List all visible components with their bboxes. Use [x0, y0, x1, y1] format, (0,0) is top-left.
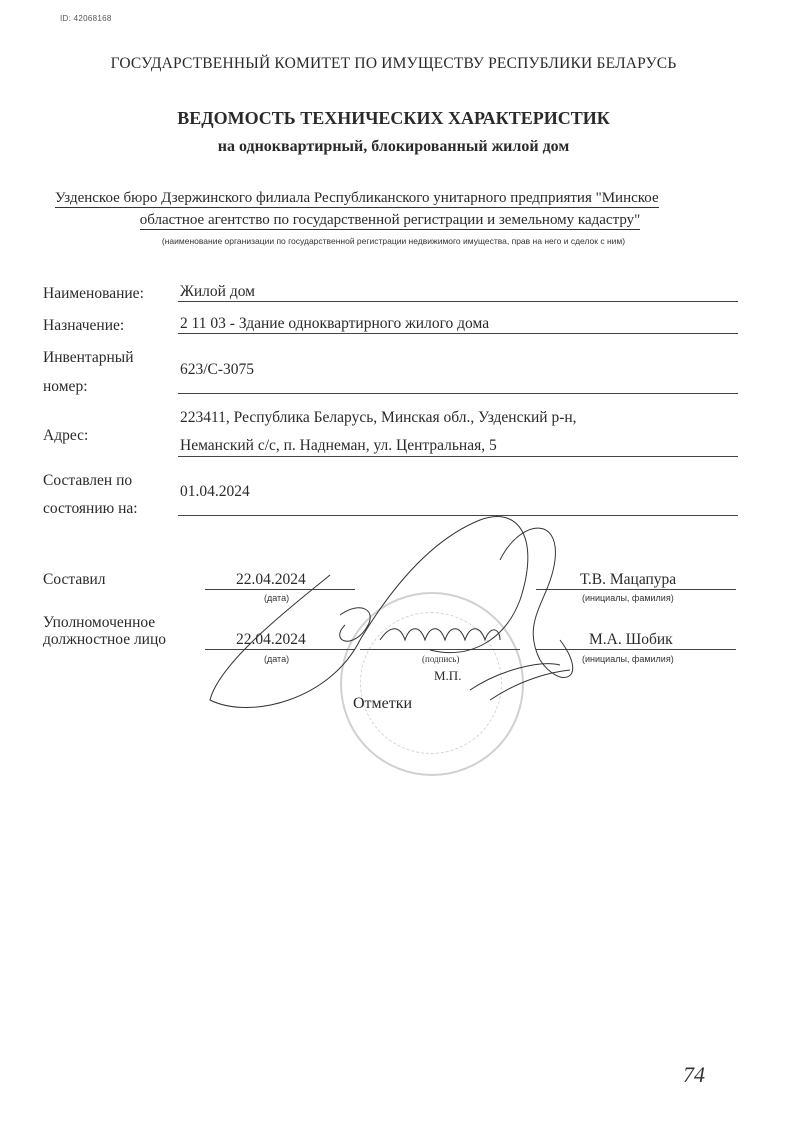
official-label-1: Уполномоченное	[43, 614, 155, 632]
page-number: 74	[683, 1062, 705, 1088]
organization-caption: (наименование организации по государстве…	[0, 236, 787, 246]
official-signature-line	[360, 649, 520, 650]
official-date-line	[205, 649, 355, 650]
official-date-caption: (дата)	[264, 654, 289, 664]
inventory-value: 623/С-3075	[180, 361, 254, 379]
organization-text-1: Узденское бюро Дзержинского филиала Респ…	[55, 190, 659, 208]
address-value-2: Неманский с/с, п. Наднеман, ул. Централь…	[180, 437, 497, 455]
official-label-2: должностное лицо	[43, 631, 166, 649]
official-name: М.А. Шобик	[589, 631, 673, 649]
compiled-name-line	[536, 589, 736, 590]
official-name-caption: (инициалы, фамилия)	[582, 654, 674, 664]
seal-label: М.П.	[434, 668, 461, 684]
purpose-value: 2 11 03 - Здание одноквартирного жилого …	[180, 315, 489, 333]
document-title: ВЕДОМОСТЬ ТЕХНИЧЕСКИХ ХАРАКТЕРИСТИК	[0, 108, 787, 129]
document-subtitle: на одноквартирный, блокированный жилой д…	[0, 138, 787, 156]
compiled-label: Составил	[43, 571, 106, 589]
committee-heading: ГОСУДАРСТВЕННЫЙ КОМИТЕТ ПО ИМУЩЕСТВУ РЕС…	[0, 55, 787, 73]
as-of-value: 01.04.2024	[180, 483, 250, 501]
compiled-date-line	[205, 589, 355, 590]
as-of-label-2: состоянию на:	[43, 496, 138, 521]
compiled-date: 22.04.2024	[236, 571, 306, 589]
organization-text-2: областное агентство по государственной р…	[140, 212, 641, 230]
official-date: 22.04.2024	[236, 631, 306, 649]
inventory-label-1: Инвентарный	[43, 345, 134, 370]
official-stamp-inner	[360, 612, 502, 754]
name-label: Наименование:	[43, 281, 144, 306]
as-of-underline	[178, 515, 738, 516]
inventory-underline	[178, 393, 738, 394]
organization-line-2: областное агентство по государственной р…	[110, 212, 670, 229]
purpose-underline	[178, 333, 738, 334]
official-name-line	[536, 649, 736, 650]
as-of-label-1: Составлен по	[43, 468, 132, 493]
inventory-label-2: номер:	[43, 374, 88, 399]
address-underline	[178, 456, 738, 457]
name-value: Жилой дом	[180, 283, 255, 301]
compiled-date-caption: (дата)	[264, 593, 289, 603]
handwritten-signature	[0, 0, 787, 1123]
purpose-label: Назначение:	[43, 313, 124, 338]
address-label: Адрес:	[43, 423, 88, 448]
notes-label: Отметки	[353, 695, 412, 713]
name-underline	[178, 301, 738, 302]
compiled-name: Т.В. Мацапура	[580, 571, 676, 589]
compiled-name-caption: (инициалы, фамилия)	[582, 593, 674, 603]
address-value-1: 223411, Республика Беларусь, Минская обл…	[180, 409, 577, 427]
organization-line-1: Узденское бюро Дзержинского филиала Респ…	[55, 190, 715, 207]
document-id: ID: 42068168	[60, 14, 112, 23]
signature-caption: (подпись)	[422, 654, 459, 664]
